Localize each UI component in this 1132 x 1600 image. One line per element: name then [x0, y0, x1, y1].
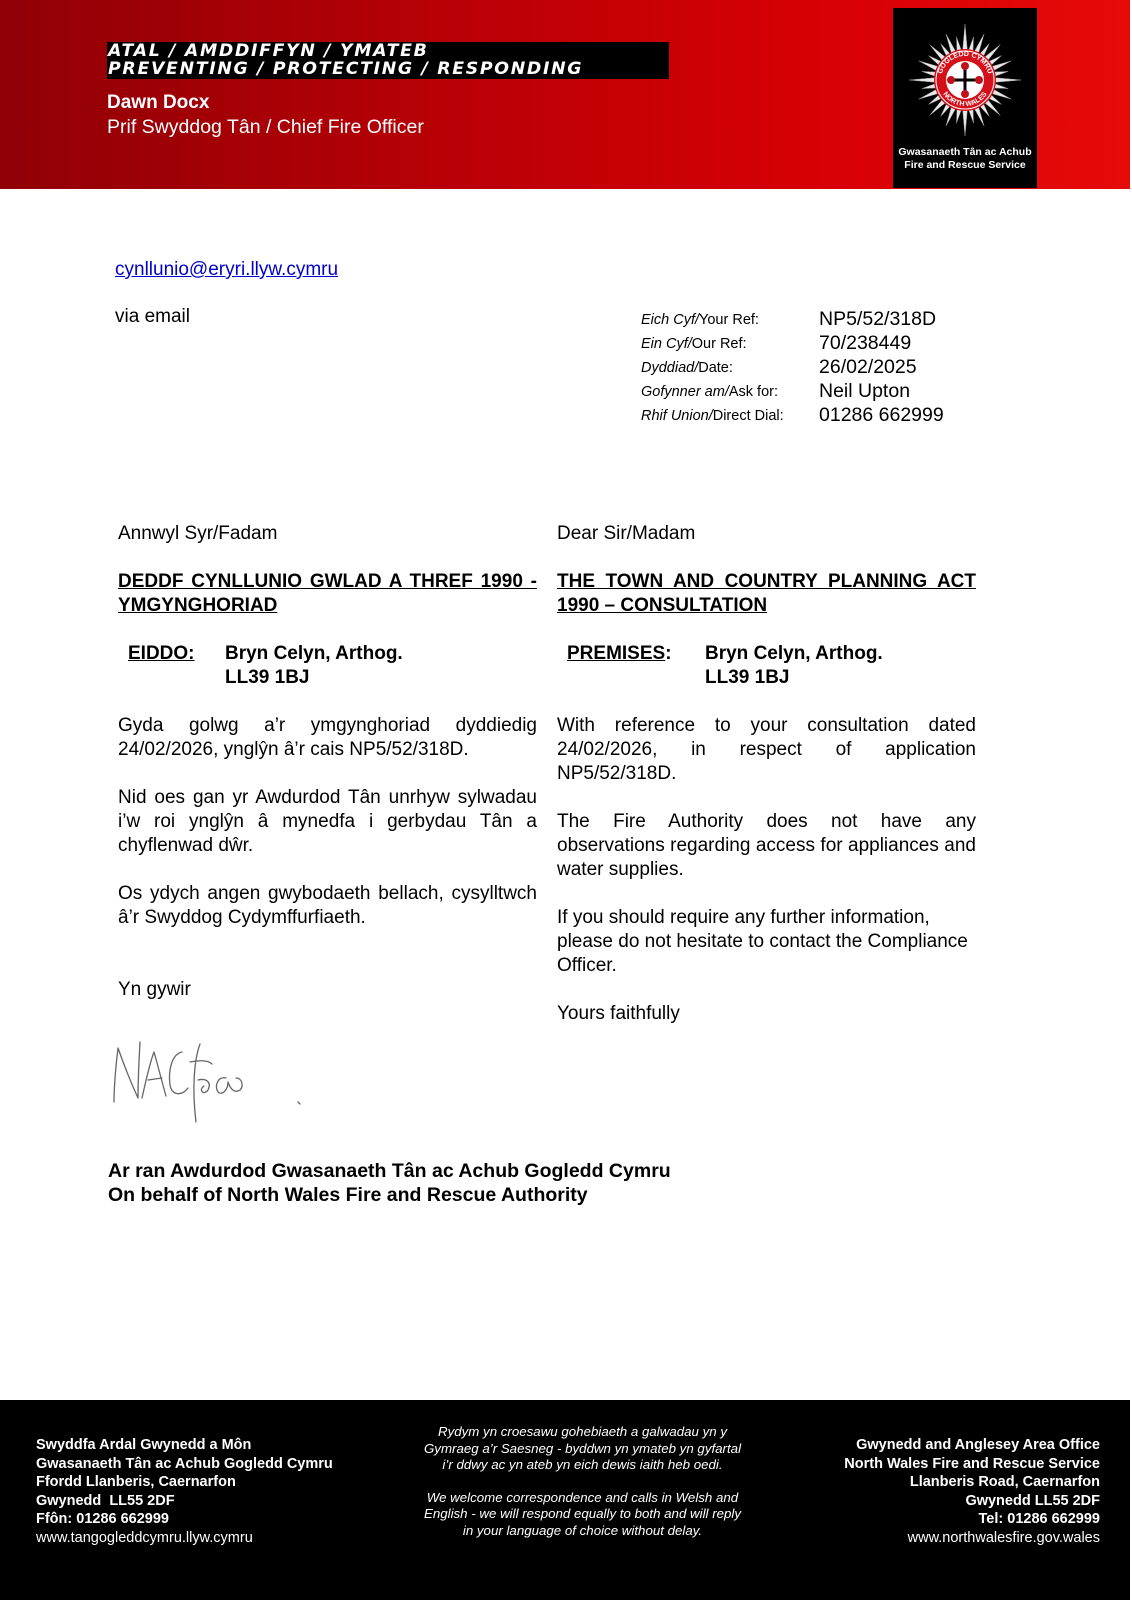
salutation-english: Dear Sir/Madam	[557, 522, 976, 546]
closing-welsh: Yn gywir	[118, 978, 537, 1002]
ref-label: Ein Cyf/Our Ref:	[641, 336, 747, 352]
recipient-email-link[interactable]: cynllunio@eryri.llyw.cymru	[115, 259, 338, 281]
logo-caption: Gwasanaeth Tân ac Achub Fire and Rescue …	[893, 146, 1037, 172]
footer-english-website-link[interactable]: www.northwalesfire.gov.wales	[844, 1529, 1100, 1548]
officer-name: Dawn Docx	[107, 92, 209, 114]
footer-line: Swyddfa Ardal Gwynedd a Môn	[36, 1436, 333, 1455]
premises-address: Bryn Celyn, Arthog.LL39 1BJ	[705, 642, 883, 690]
footer-line: Gwasanaeth Tân ac Achub Gogledd Cymru	[36, 1455, 333, 1474]
delivery-method: via email	[115, 306, 190, 328]
fire-service-logo: GOGLEDD CYMRU NORTH WALES Gwasanaeth Tân…	[893, 8, 1037, 188]
fire-service-crest-icon: GOGLEDD CYMRU NORTH WALES	[905, 22, 1025, 140]
english-column: Dear Sir/Madam THE TOWN AND COUNTRY PLAN…	[557, 522, 976, 1026]
footer-line: Gwynedd LL55 2DF	[36, 1492, 333, 1511]
logo-caption-welsh: Gwasanaeth Tân ac Achub	[893, 146, 1037, 159]
ref-value: 01286 662999	[819, 404, 944, 427]
footer-line: Gwynedd and Anglesey Area Office	[844, 1436, 1100, 1455]
ref-row-date: Dyddiad/Date: 26/02/2025	[641, 356, 1001, 380]
language-statement-english: We welcome correspondence and calls in W…	[420, 1490, 745, 1540]
premises-address: Bryn Celyn, Arthog.LL39 1BJ	[225, 642, 403, 690]
tagline-box: ATAL / AMDDIFFYN / YMATEB PREVENTING / P…	[107, 42, 669, 79]
footer-phone: Ffôn: 01286 662999	[36, 1510, 333, 1529]
paragraph-observations-english: The Fire Authority does not have any obs…	[557, 810, 976, 882]
on-behalf-statement: Ar ran Awdurdod Gwasanaeth Tân ac Achub …	[108, 1159, 671, 1207]
premises-english: PREMISES: Bryn Celyn, Arthog.LL39 1BJ	[557, 642, 976, 690]
footer-english-address: Gwynedd and Anglesey Area Office North W…	[844, 1436, 1100, 1547]
tagline-welsh: ATAL / AMDDIFFYN / YMATEB	[107, 42, 697, 60]
premises-label: PREMISES:	[567, 642, 672, 666]
ref-value: Neil Upton	[819, 380, 910, 403]
footer-line: Gwynedd LL55 2DF	[844, 1492, 1100, 1511]
ref-row-your-ref: Eich Cyf/Your Ref: NP5/52/318D	[641, 308, 1001, 332]
heading-english: THE TOWN AND COUNTRY PLANNING ACT 1990 –…	[557, 570, 976, 618]
premises-welsh: EIDDO: Bryn Celyn, Arthog.LL39 1BJ	[118, 642, 537, 690]
paragraph-contact-english: If you should require any further inform…	[557, 906, 976, 978]
logo-caption-english: Fire and Rescue Service	[893, 159, 1037, 172]
ref-row-direct-dial: Rhif Union/Direct Dial: 01286 662999	[641, 404, 1001, 428]
closing-english: Yours faithfully	[557, 1002, 976, 1026]
premises-label: EIDDO:	[128, 642, 195, 666]
language-statement-welsh: Rydym yn croesawu gohebiaeth a galwadau …	[420, 1424, 745, 1474]
paragraph-reference-english: With reference to your consultation date…	[557, 714, 976, 786]
paragraph-contact-welsh: Os ydych angen gwybodaeth bellach, cysyl…	[118, 882, 537, 930]
paragraph-reference-welsh: Gyda golwg a’r ymgynghoriad dyddiedig 24…	[118, 714, 537, 762]
footer-line: Llanberis Road, Caernarfon	[844, 1473, 1100, 1492]
ref-label: Dyddiad/Date:	[641, 360, 733, 376]
ref-value: 70/238449	[819, 332, 911, 355]
ref-row-ask-for: Gofynner am/Ask for: Neil Upton	[641, 380, 1001, 404]
ref-value: 26/02/2025	[819, 356, 917, 379]
salutation-welsh: Annwyl Syr/Fadam	[118, 522, 537, 546]
paragraph-observations-welsh: Nid oes gan yr Awdurdod Tân unrhyw sylwa…	[118, 786, 537, 858]
tagline-english: PREVENTING / PROTECTING / RESPONDING	[107, 60, 697, 78]
ref-value: NP5/52/318D	[819, 308, 936, 331]
footer-line: North Wales Fire and Rescue Service	[844, 1455, 1100, 1474]
on-behalf-welsh: Ar ran Awdurdod Gwasanaeth Tân ac Achub …	[108, 1159, 671, 1183]
letterhead-banner: ATAL / AMDDIFFYN / YMATEB PREVENTING / P…	[0, 0, 1130, 189]
ref-label: Gofynner am/Ask for:	[641, 384, 778, 400]
footer: Swyddfa Ardal Gwynedd a Môn Gwasanaeth T…	[0, 1400, 1130, 1600]
footer-welsh-address: Swyddfa Ardal Gwynedd a Môn Gwasanaeth T…	[36, 1436, 333, 1547]
welsh-column: Annwyl Syr/Fadam DEDDF CYNLLUNIO GWLAD A…	[118, 522, 537, 1002]
footer-welsh-website-link[interactable]: www.tangogleddcymru.llyw.cymru	[36, 1529, 333, 1548]
ref-label: Rhif Union/Direct Dial:	[641, 408, 784, 424]
handwritten-signature-icon	[108, 1030, 318, 1130]
officer-title: Prif Swyddog Tân / Chief Fire Officer	[107, 116, 424, 139]
ref-row-our-ref: Ein Cyf/Our Ref: 70/238449	[641, 332, 1001, 356]
footer-phone: Tel: 01286 662999	[844, 1510, 1100, 1529]
reference-block: Eich Cyf/Your Ref: NP5/52/318D Ein Cyf/O…	[641, 308, 1001, 428]
on-behalf-english: On behalf of North Wales Fire and Rescue…	[108, 1183, 671, 1207]
footer-line: Ffordd Llanberis, Caernarfon	[36, 1473, 333, 1492]
footer-language-statement: Rydym yn croesawu gohebiaeth a galwadau …	[420, 1424, 745, 1555]
ref-label: Eich Cyf/Your Ref:	[641, 312, 759, 328]
heading-welsh: DEDDF CYNLLUNIO GWLAD A THREF 1990 - YMG…	[118, 570, 537, 618]
